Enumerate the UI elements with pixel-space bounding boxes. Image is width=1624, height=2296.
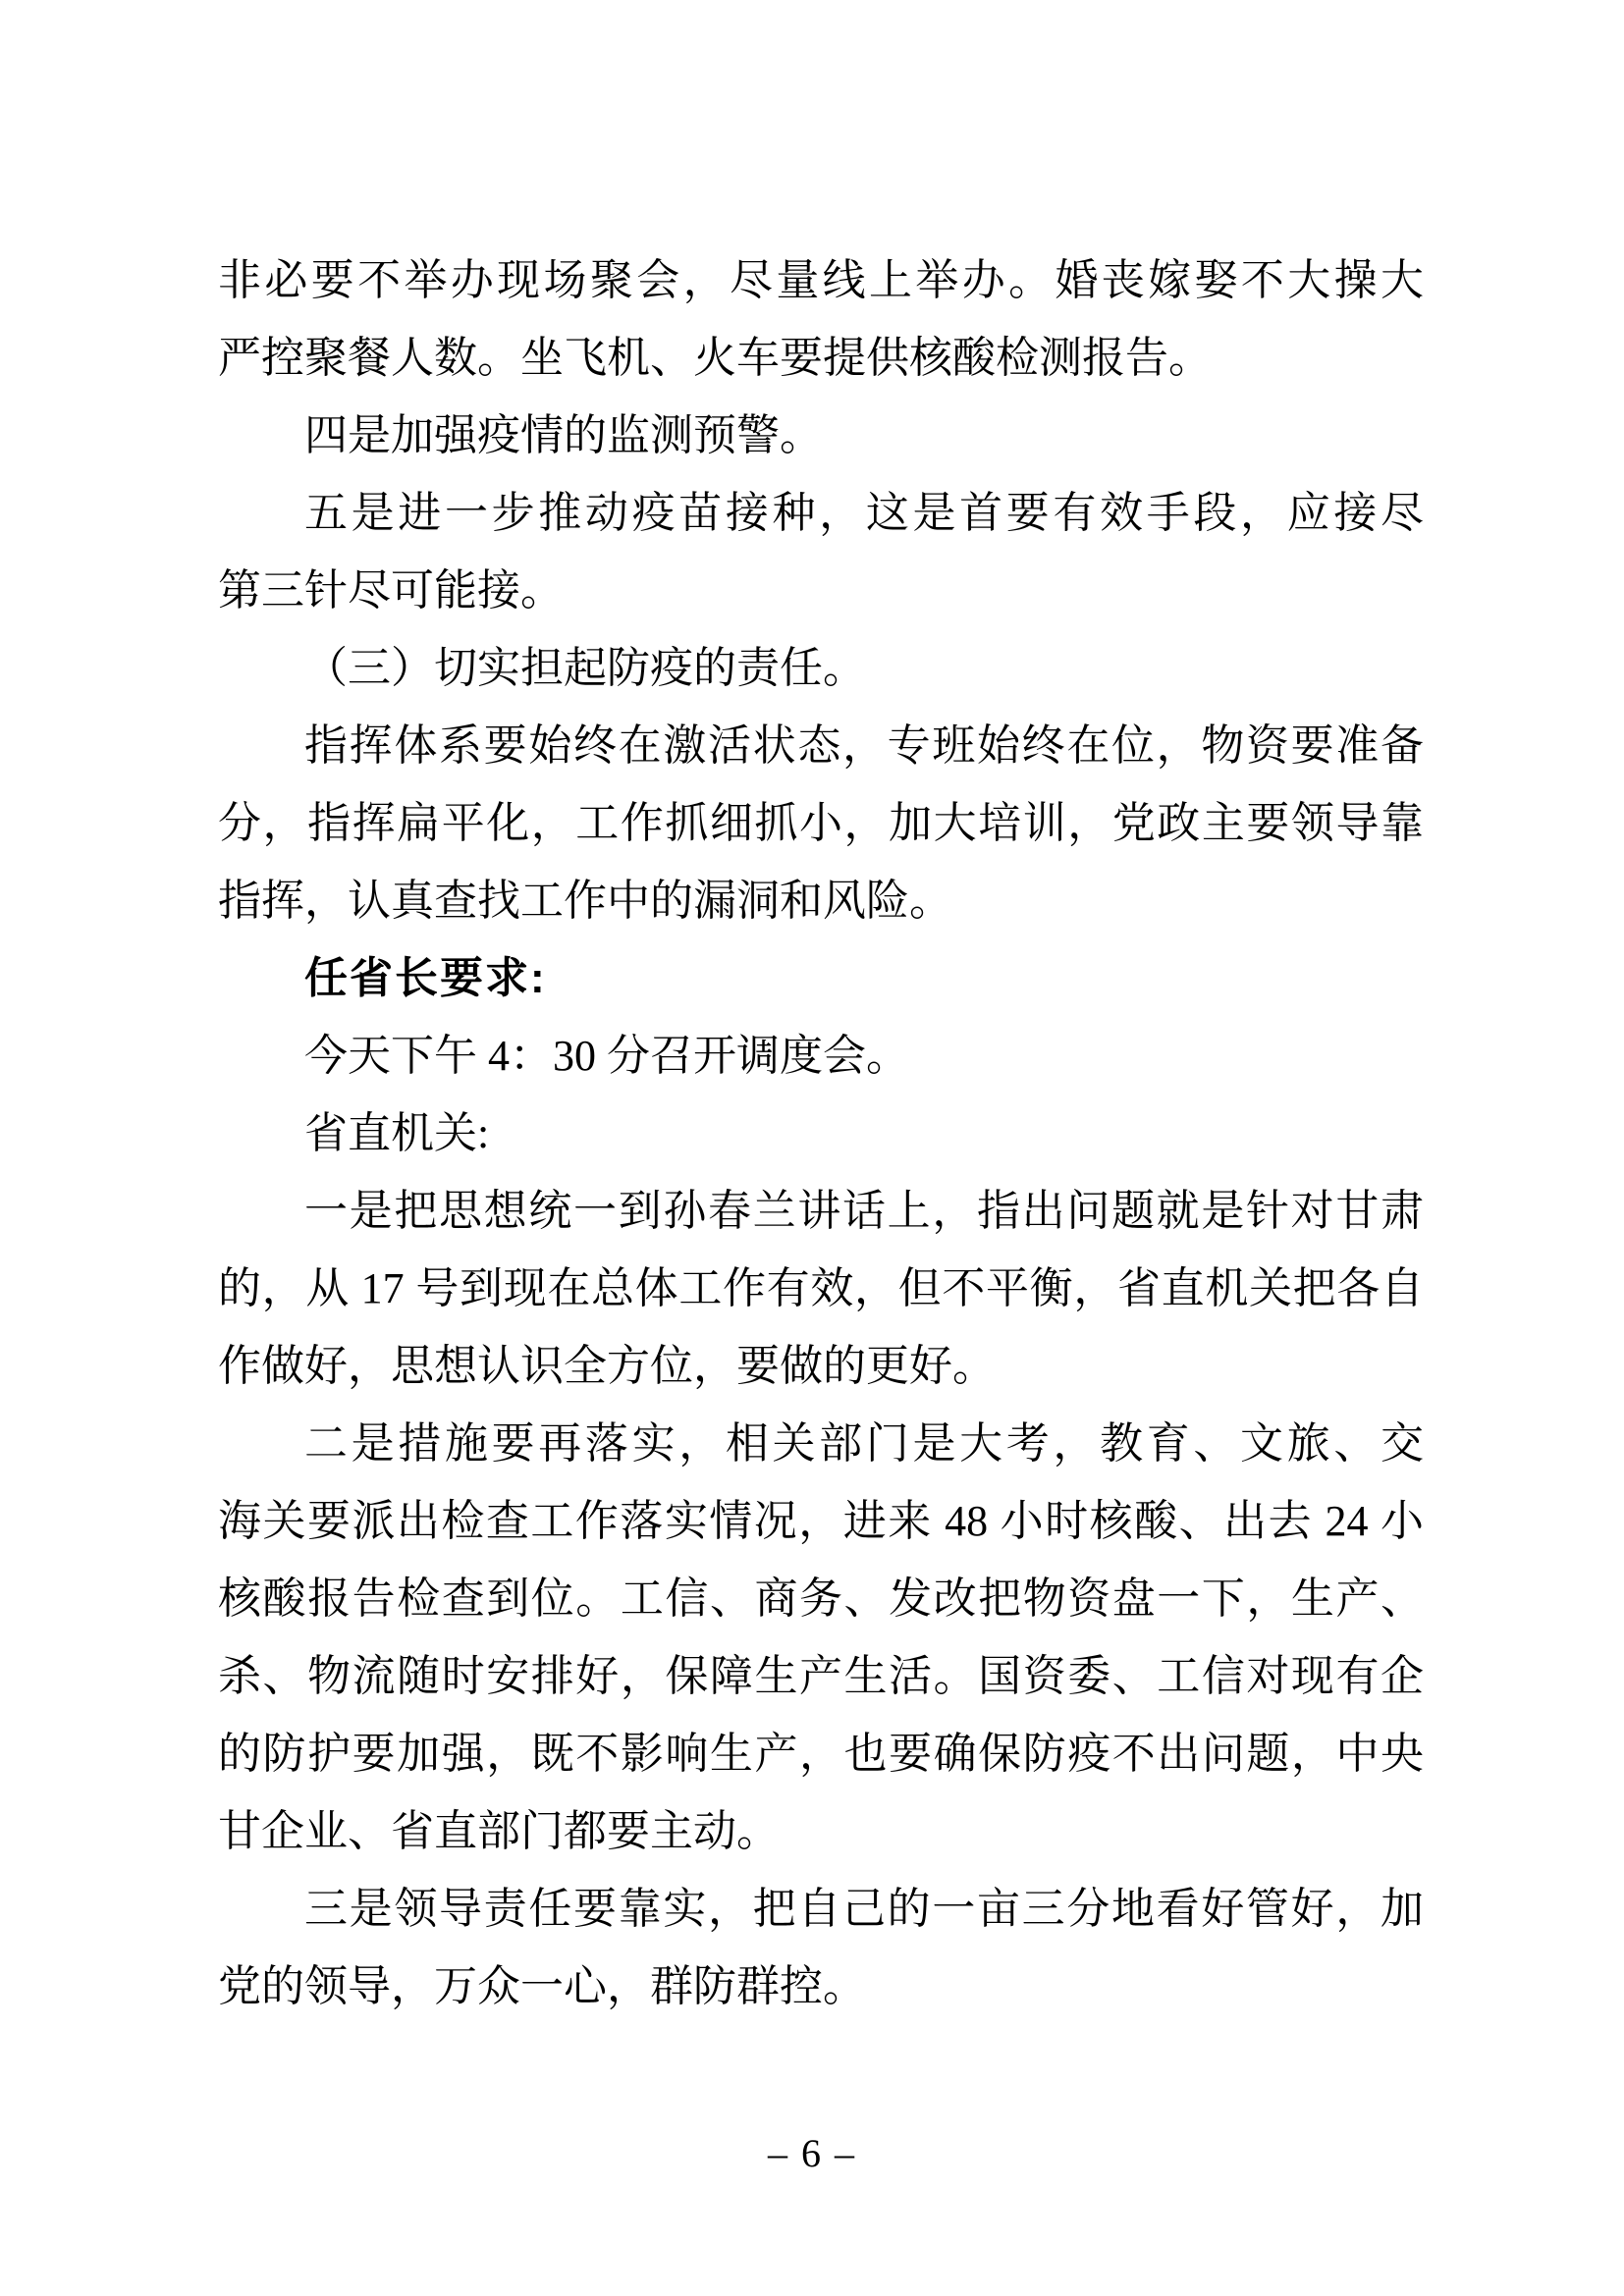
text-line: 一是把思想统一到孙春兰讲话上，指出问题就是针对甘肃 (218, 1172, 1424, 1250)
para-dispatch-meeting: 今天下午 4：30 分召开调度会。 (218, 1017, 1424, 1095)
para-command-system: 指挥体系要始终在激活状态，专班始终在位，物资要准备充 分，指挥扁平化，工作抓细抓… (218, 707, 1424, 939)
document-body: 非必要不举办现场聚会，尽量线上举办。婚丧嫁娶不大操大办， 严控聚餐人数。坐飞机、… (218, 241, 1424, 2025)
para-point-two-measures: 二是措施要再落实，相关部门是大考，教育、文旅、交通、 海关要派出检查工作落实情况… (218, 1405, 1424, 1870)
para-section-three-responsibility: （三）切实担起防疫的责任。 (218, 629, 1424, 707)
text-line: 二是措施要再落实，相关部门是大考，教育、文旅、交通、 (218, 1405, 1424, 1482)
document-page: 非必要不举办现场聚会，尽量线上举办。婚丧嫁娶不大操大办， 严控聚餐人数。坐飞机、… (0, 0, 1624, 2296)
text-line: 的防护要加强，既不影响生产，也要确保防疫不出问题，中央在 (218, 1715, 1424, 1792)
text-line: 今天下午 4：30 分召开调度会。 (218, 1017, 1424, 1095)
section-heading: 任省长要求: (218, 939, 1424, 1017)
text-line: （三）切实担起防疫的责任。 (218, 629, 1424, 707)
para-provincial-organs: 省直机关: (218, 1095, 1424, 1172)
text-line: 四是加强疫情的监测预警。 (218, 397, 1424, 474)
text-line: 作做好，思想认识全方位，要做的更好。 (218, 1327, 1424, 1405)
text-line: 五是进一步推动疫苗接种，这是首要有效手段，应接尽接， (218, 474, 1424, 552)
text-line: 党的领导，万众一心，群防群控。 (218, 1948, 1424, 2025)
para-point-four-monitoring: 四是加强疫情的监测预警。 (218, 397, 1424, 474)
text-line: 指挥体系要始终在激活状态，专班始终在位，物资要准备充 (218, 707, 1424, 784)
text-line: 分，指挥扁平化，工作抓细抓小，加大培训，党政主要领导靠前 (218, 784, 1424, 862)
page-number: – 6 – (0, 2128, 1624, 2179)
text-line: 省直机关: (218, 1095, 1424, 1172)
text-line: 第三针尽可能接。 (218, 552, 1424, 629)
para-governor-requirements-heading: 任省长要求: (218, 939, 1424, 1017)
text-line: 甘企业、省直部门都要主动。 (218, 1792, 1424, 1870)
text-line: 的，从 17 号到现在总体工作有效，但不平衡，省直机关把各自工 (218, 1250, 1424, 1327)
text-line: 指挥，认真查找工作中的漏洞和风险。 (218, 862, 1424, 939)
text-line: 非必要不举办现场聚会，尽量线上举办。婚丧嫁娶不大操大办， (218, 241, 1424, 319)
para-gathering-rules-continued: 非必要不举办现场聚会，尽量线上举办。婚丧嫁娶不大操大办， 严控聚餐人数。坐飞机、… (218, 241, 1424, 397)
para-point-three-leadership: 三是领导责任要靠实，把自己的一亩三分地看好管好，加强 党的领导，万众一心，群防群… (218, 1870, 1424, 2025)
text-line: 海关要派出检查工作落实情况，进来 48 小时核酸、出去 24 小时 (218, 1482, 1424, 1560)
para-point-one-thinking: 一是把思想统一到孙春兰讲话上，指出问题就是针对甘肃 的，从 17 号到现在总体工… (218, 1172, 1424, 1405)
text-line: 杀、物流随时安排好，保障生产生活。国资委、工信对现有企业 (218, 1637, 1424, 1715)
text-line: 核酸报告检查到位。工信、商务、发改把物资盘一下，生产、消 (218, 1560, 1424, 1637)
para-point-five-vaccination: 五是进一步推动疫苗接种，这是首要有效手段，应接尽接， 第三针尽可能接。 (218, 474, 1424, 629)
text-line: 三是领导责任要靠实，把自己的一亩三分地看好管好，加强 (218, 1870, 1424, 1948)
text-line: 严控聚餐人数。坐飞机、火车要提供核酸检测报告。 (218, 319, 1424, 397)
